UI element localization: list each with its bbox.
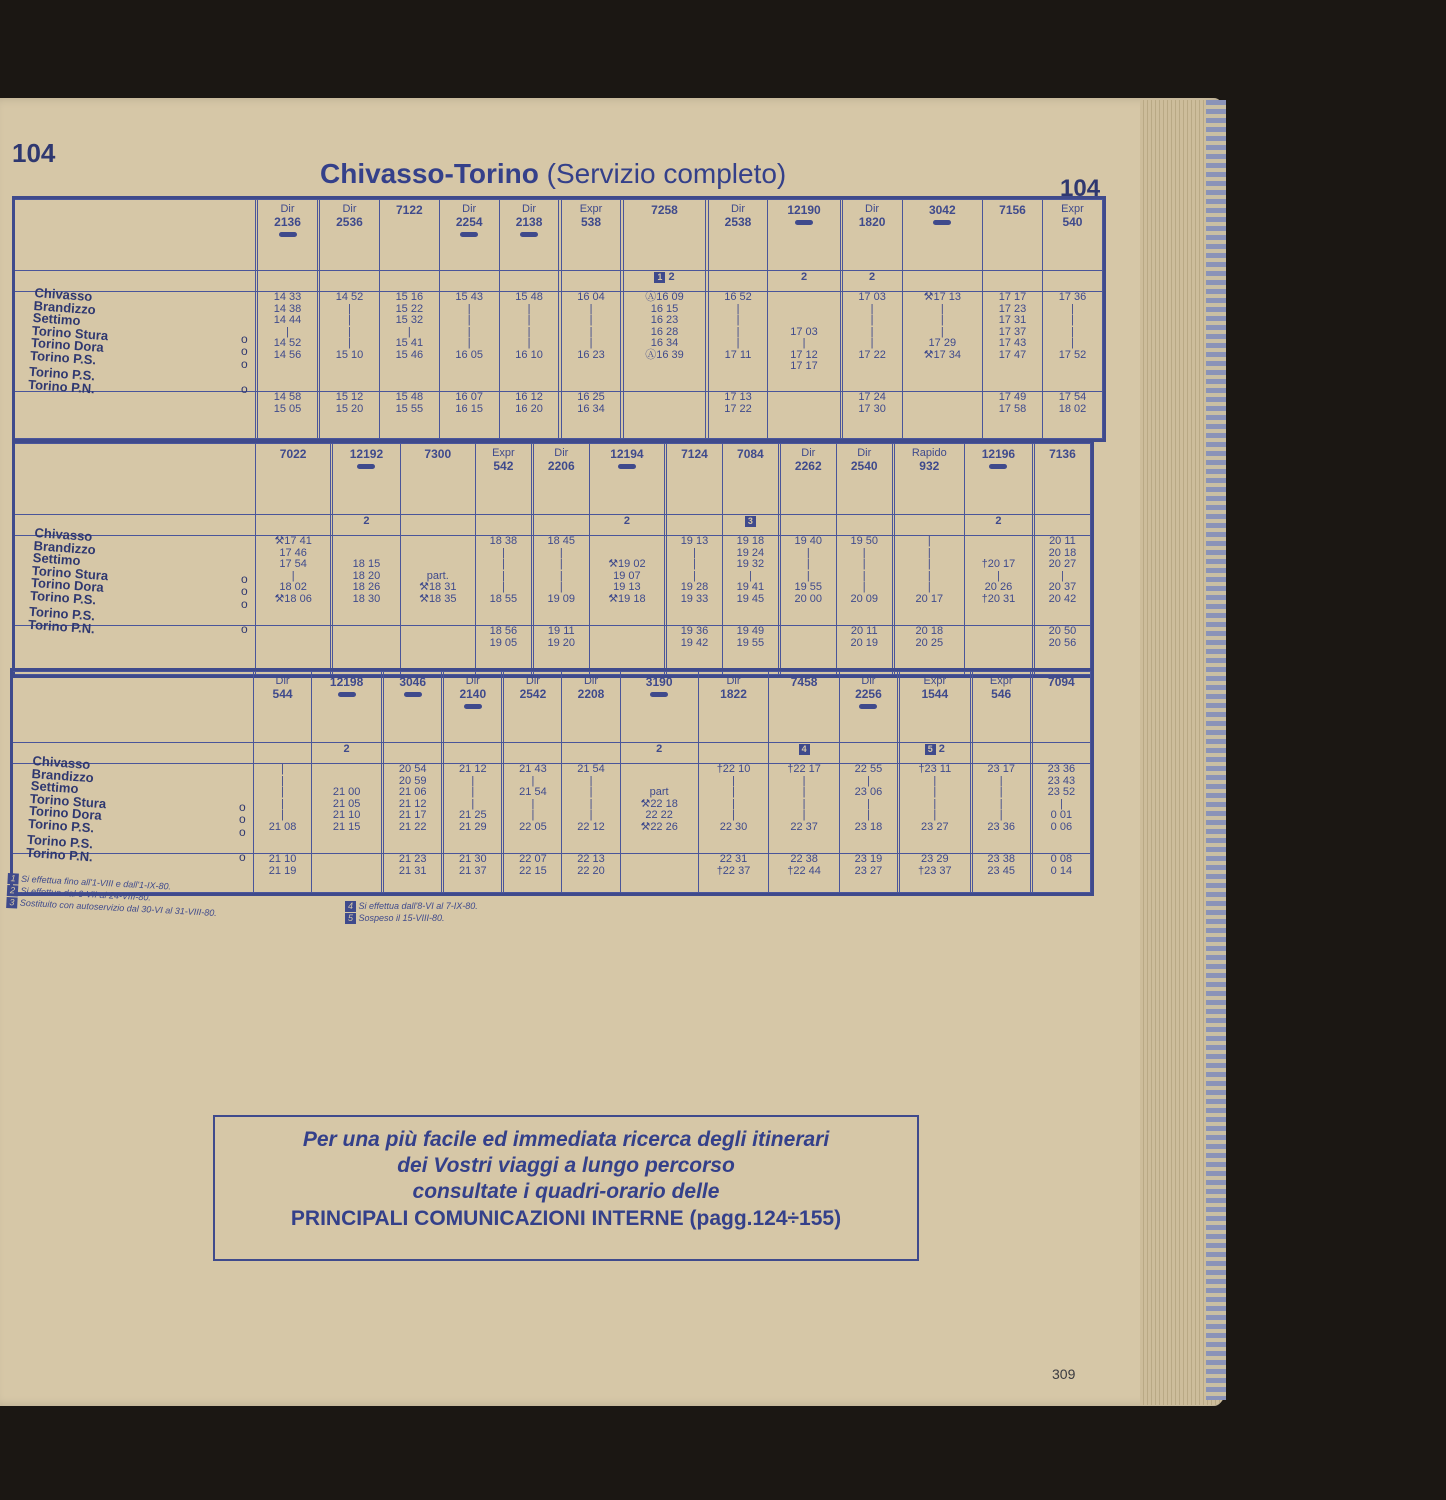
timetable-block-2: 7022121927300Expr542Dir22061219471247084… — [12, 440, 1094, 678]
train-number: 1820 — [843, 215, 902, 229]
arrival-times: 17 13 17 22 — [708, 392, 768, 439]
station-marker — [239, 763, 246, 776]
train-column-header: Expr538 — [561, 200, 621, 271]
train-column-header: 3046 — [384, 672, 442, 743]
train-column-header: Expr542 — [475, 444, 531, 515]
departure-times: 23 17 | | | | 23 36 — [972, 764, 1030, 854]
arrival-times: 21 23 21 31 — [384, 854, 442, 893]
station-label-cell — [15, 392, 256, 439]
arrival-times: 15 12 15 20 — [320, 392, 380, 439]
footnote-marker: 5 — [925, 744, 936, 755]
coach-icon — [618, 464, 636, 469]
train-column-header: Dir2138 — [499, 200, 559, 271]
train-note-cell: 2 — [768, 271, 840, 292]
train-number: 2538 — [709, 215, 768, 229]
train-column-header: Dir2540 — [836, 444, 892, 515]
arrival-times: 23 29 †23 37 — [900, 854, 971, 893]
departure-times: 19 50 | | | | 20 09 — [836, 536, 892, 626]
departure-times: 14 33 14 38 14 44 | 14 52 14 56 — [258, 292, 318, 392]
train-note-cell — [504, 743, 562, 764]
train-note-cell — [839, 743, 897, 764]
train-number: 540 — [1043, 215, 1102, 229]
departure-times: 18 45 | | | | 19 09 — [533, 536, 589, 626]
departure-times: 19 13 | | | 19 28 19 33 — [666, 536, 722, 626]
train-note-cell — [320, 271, 380, 292]
train-number: 2254 — [440, 215, 499, 229]
train-number: 544 — [254, 687, 311, 701]
arrival-times: 22 38 †22 44 — [769, 854, 840, 893]
train-number: 7124 — [667, 447, 722, 461]
train-column-header: 7136 — [1034, 444, 1090, 515]
train-note-cell — [780, 515, 836, 536]
departure-times: ⚒17 13 | | | 17 29 ⚒17 34 — [902, 292, 983, 392]
departure-times: 17 36 | | | | 17 52 — [1042, 292, 1102, 392]
train-number: 7136 — [1035, 447, 1090, 461]
timetable-grid: Dir2136Dir25367122Dir2254Dir2138Expr5387… — [15, 199, 1103, 439]
train-column-header: Dir2262 — [780, 444, 836, 515]
train-note-cell: 5 2 — [900, 743, 971, 764]
train-number: 12198 — [312, 675, 381, 689]
train-number: 1822 — [699, 687, 769, 701]
departure-times: 15 16 15 22 15 32 | 15 41 15 46 — [379, 292, 439, 392]
departure-times: 17 17 17 23 17 31 17 37 17 43 17 47 — [983, 292, 1043, 392]
departure-times: Ⓐ16 09 16 15 16 23 16 28 16 34 Ⓐ16 39 — [623, 292, 706, 392]
train-category: Dir — [781, 447, 836, 459]
train-column-header: 7022 — [256, 444, 331, 515]
train-column-header: 12196 — [964, 444, 1032, 515]
station-marker — [241, 610, 248, 623]
train-category: Dir — [699, 675, 769, 687]
station-markers: ooo o — [239, 763, 246, 863]
station-markers: ooo o — [241, 535, 248, 635]
footnote-marker: 1 — [7, 873, 19, 885]
departure-times: 21 54 | | | | 22 12 — [562, 764, 620, 854]
train-number: 2542 — [504, 687, 561, 701]
train-number: 2136 — [258, 215, 317, 229]
train-number: 3190 — [621, 675, 698, 689]
departure-times: | | | | | 21 08 — [254, 764, 312, 854]
train-note-cell — [379, 271, 439, 292]
page-title: Chivasso-Torino (Servizio completo) — [320, 158, 786, 190]
timetable-block-3: Dir544121983046Dir2140Dir2542Dir22083190… — [10, 668, 1094, 896]
departure-times: 18 15 18 20 18 26 18 30 — [333, 536, 400, 626]
station-marker — [239, 838, 246, 851]
train-note-cell — [444, 743, 502, 764]
timetable-block-1: Dir2136Dir25367122Dir2254Dir2138Expr5387… — [12, 196, 1106, 442]
train-column-header: Dir1820 — [842, 200, 902, 271]
station-marker: o — [239, 813, 246, 826]
departure-times: 17 03 | | | | 17 22 — [842, 292, 902, 392]
promo-line-4: PRINCIPALI COMUNICAZIONI INTERNE (pagg.1… — [215, 1205, 917, 1233]
coach-icon — [357, 464, 375, 469]
train-number: 2206 — [534, 459, 589, 473]
footnote-marker: 3 — [745, 516, 756, 527]
arrivals-row: 14 58 15 0515 12 15 2015 48 15 5516 07 1… — [15, 392, 1103, 439]
arrival-times: 16 12 16 20 — [499, 392, 559, 439]
departure-times: 20 11 20 18 20 27 | 20 37 20 42 — [1034, 536, 1090, 626]
train-column-header: Dir2536 — [320, 200, 380, 271]
promo-line-1: Per una più facile ed immediata ricerca … — [215, 1127, 917, 1153]
train-note-cell — [902, 271, 983, 292]
train-note-cell — [561, 271, 621, 292]
train-category: Expr — [476, 447, 531, 459]
train-note-cell: 2 — [964, 515, 1032, 536]
train-note-cell — [1034, 515, 1090, 536]
train-number: 546 — [973, 687, 1030, 701]
train-note-cell — [894, 515, 964, 536]
train-category: Dir — [440, 203, 499, 215]
train-number: 7122 — [380, 203, 439, 217]
departure-times: 16 04 | | | | 16 23 — [561, 292, 621, 392]
departure-times: 19 18 19 24 19 32 | 19 41 19 45 — [722, 536, 778, 626]
train-category: Expr — [1043, 203, 1102, 215]
footnote-marker: 3 — [6, 897, 18, 909]
notes-row: 1 2 2 2 — [15, 271, 1103, 292]
train-column-header: Dir544 — [254, 672, 312, 743]
promo-line-3: consultate i quadri-orario delle — [215, 1179, 917, 1205]
train-column-header: 12192 — [333, 444, 400, 515]
departures-row: 14 33 14 38 14 44 | 14 52 14 5614 52 | |… — [15, 292, 1103, 392]
departure-times: ⚒17 41 17 46 17 54 | 18 02 ⚒18 06 — [256, 536, 331, 626]
coach-icon — [989, 464, 1007, 469]
train-column-header: Expr540 — [1042, 200, 1102, 271]
train-note-cell — [258, 271, 318, 292]
train-column-header: Dir1822 — [698, 672, 769, 743]
station-markers: ooo o — [241, 295, 248, 395]
coach-icon — [338, 692, 356, 697]
train-note-cell: 2 — [620, 743, 698, 764]
train-category: Dir — [709, 203, 768, 215]
departures-row: | | | | | 21 08 21 00 21 05 21 10 21 152… — [13, 764, 1091, 854]
station-label-cell — [13, 672, 254, 743]
departure-times: 18 38 | | | | 18 55 — [475, 536, 531, 626]
class-label: 2 — [656, 743, 662, 755]
title-subtitle: (Servizio completo) — [547, 158, 787, 189]
train-number: 2140 — [444, 687, 501, 701]
arrival-times: 14 58 15 05 — [258, 392, 318, 439]
arrival-times: 23 19 23 27 — [839, 854, 897, 893]
train-note-cell — [254, 743, 312, 764]
train-category: Dir — [258, 203, 317, 215]
arrival-times: 22 31 †22 37 — [698, 854, 769, 893]
departure-times: 20 54 20 59 21 06 21 12 21 17 21 22 — [384, 764, 442, 854]
train-note-cell — [698, 743, 769, 764]
class-label: 2 — [665, 271, 674, 283]
train-note-cell: 4 — [769, 743, 840, 764]
train-column-header: Dir2140 — [444, 672, 502, 743]
header-row: Dir2136Dir25367122Dir2254Dir2138Expr5387… — [15, 200, 1103, 271]
arrival-times — [312, 854, 382, 893]
timetable-grid: 7022121927300Expr542Dir22061219471247084… — [15, 443, 1091, 675]
coach-icon — [279, 232, 297, 237]
train-column-header: 3042 — [902, 200, 983, 271]
station-marker: o — [241, 345, 248, 358]
coach-icon — [859, 704, 877, 709]
station-list: ChivassoBrandizzoSettimoTorino SturaTori… — [28, 287, 111, 396]
train-number: 7258 — [624, 203, 706, 217]
train-category: Dir — [562, 675, 619, 687]
train-note-cell — [1032, 743, 1090, 764]
footnotes-right: 4 Si effettua dall'8-VI al 7-IX-80. 5 So… — [345, 900, 478, 924]
train-note-cell — [562, 743, 620, 764]
train-number: 2536 — [320, 215, 379, 229]
train-note-cell — [1042, 271, 1102, 292]
train-number: 542 — [476, 459, 531, 473]
arrival-times — [768, 392, 840, 439]
class-label: 2 — [344, 743, 350, 755]
arrival-times: 0 08 0 14 — [1032, 854, 1090, 893]
train-column-header: 7258 — [623, 200, 706, 271]
arrival-times: 21 30 21 37 — [444, 854, 502, 893]
arrival-times — [623, 392, 706, 439]
train-column-header: Expr546 — [972, 672, 1030, 743]
station-marker: o — [241, 585, 248, 598]
departure-times: 19 40 | | | 19 55 20 00 — [780, 536, 836, 626]
station-list: ChivassoBrandizzoSettimoTorino SturaTori… — [28, 527, 111, 636]
train-note-cell — [836, 515, 892, 536]
departure-times: †20 17 | 20 26 †20 31 — [964, 536, 1032, 626]
header-row: Dir544121983046Dir2140Dir2542Dir22083190… — [13, 672, 1091, 743]
arrival-times — [902, 392, 983, 439]
arrival-times: 23 38 23 45 — [972, 854, 1030, 893]
train-number: 7458 — [769, 675, 839, 689]
train-note-cell — [400, 515, 475, 536]
departure-times: †22 10 | | | | 22 30 — [698, 764, 769, 854]
station-label-cell — [15, 200, 256, 271]
train-number: 7022 — [256, 447, 330, 461]
train-category: Dir — [534, 447, 589, 459]
train-note-cell: 2 — [842, 271, 902, 292]
train-column-header: Dir2256 — [839, 672, 897, 743]
footnote-marker: 4 — [345, 901, 356, 912]
departure-times: 15 48 | | | | 16 10 — [499, 292, 559, 392]
train-category: Dir — [840, 675, 897, 687]
arrival-times: 17 54 18 02 — [1042, 392, 1102, 439]
train-number: 3042 — [903, 203, 983, 217]
page-section-number-left: 104 — [12, 138, 55, 169]
train-number: 2540 — [837, 459, 892, 473]
train-note-cell — [256, 515, 331, 536]
train-column-header: 7124 — [666, 444, 722, 515]
train-note-cell — [384, 743, 442, 764]
train-column-header: 7458 — [769, 672, 840, 743]
train-note-cell — [666, 515, 722, 536]
departure-times: 21 00 21 05 21 10 21 15 — [312, 764, 382, 854]
train-number: 7156 — [983, 203, 1042, 217]
station-marker: o — [241, 623, 248, 636]
timetable-grid: Dir544121983046Dir2140Dir2542Dir22083190… — [13, 671, 1091, 893]
train-number: 12194 — [590, 447, 664, 461]
promo-box: Per una più facile ed immediata ricerca … — [213, 1115, 919, 1261]
departure-times: 17 03 | 17 12 17 17 — [768, 292, 840, 392]
departure-times: 22 55 | 23 06 | | 23 18 — [839, 764, 897, 854]
notes-row: 2 245 2 — [13, 743, 1091, 764]
station-marker — [239, 788, 246, 801]
arrival-times: 17 24 17 30 — [842, 392, 902, 439]
train-note-cell: 3 — [722, 515, 778, 536]
train-number: 2138 — [500, 215, 559, 229]
departure-times: | | | | | 20 17 — [894, 536, 964, 626]
train-note-cell — [983, 271, 1043, 292]
coach-icon — [933, 220, 951, 225]
train-column-header: 7300 — [400, 444, 475, 515]
page-folio-number: 309 — [1052, 1366, 1075, 1382]
coach-icon — [520, 232, 538, 237]
train-number: 538 — [562, 215, 621, 229]
train-column-header: Expr1544 — [900, 672, 971, 743]
train-category: Dir — [843, 203, 902, 215]
arrival-times: 16 07 16 15 — [439, 392, 499, 439]
train-category: Dir — [837, 447, 892, 459]
train-number: 1544 — [900, 687, 970, 701]
train-category: Expr — [562, 203, 621, 215]
class-label: 2 — [801, 271, 807, 283]
train-category: Dir — [444, 675, 501, 687]
train-category: Dir — [500, 203, 559, 215]
station-marker — [241, 320, 248, 333]
train-column-header: Dir2136 — [258, 200, 318, 271]
train-number: 12192 — [333, 447, 399, 461]
train-number: 932 — [895, 459, 964, 473]
departure-times: 16 52 | | | | 17 11 — [708, 292, 768, 392]
title-route: Chivasso-Torino — [320, 158, 539, 189]
train-note-cell: 2 — [312, 743, 382, 764]
train-category: Expr — [973, 675, 1030, 687]
train-category: Dir — [504, 675, 561, 687]
coach-icon — [650, 692, 668, 697]
train-column-header: Dir2254 — [439, 200, 499, 271]
departure-times: 21 12 | | | 21 25 21 29 — [444, 764, 502, 854]
station-marker — [241, 370, 248, 383]
station-marker — [241, 560, 248, 573]
train-column-header: 7156 — [983, 200, 1043, 271]
arrival-times — [620, 854, 698, 893]
arrival-times: 17 49 17 58 — [983, 392, 1043, 439]
train-number: 7094 — [1033, 675, 1090, 689]
class-label: 2 — [624, 515, 630, 527]
train-number: 3046 — [384, 675, 441, 689]
arrival-times: 21 10 21 19 — [254, 854, 312, 893]
train-number: 7084 — [723, 447, 778, 461]
train-category: Dir — [254, 675, 311, 687]
station-marker: o — [241, 383, 248, 396]
page-side-tabs — [1206, 100, 1226, 1400]
train-category: Dir — [320, 203, 379, 215]
train-column-header: 3190 — [620, 672, 698, 743]
coach-icon — [460, 232, 478, 237]
departure-times: †23 11 | | | | 23 27 — [900, 764, 971, 854]
footnote-marker: 1 — [654, 272, 665, 283]
class-label: 2 — [363, 515, 369, 527]
train-column-header: 7122 — [379, 200, 439, 271]
arrival-times: 22 07 22 15 — [504, 854, 562, 893]
train-note-cell: 2 — [333, 515, 400, 536]
train-note-cell — [972, 743, 1030, 764]
train-number: 12190 — [768, 203, 839, 217]
footnote-marker: 2 — [7, 885, 19, 897]
promo-line-2: dei Vostri viaggi a lungo percorso — [215, 1153, 917, 1179]
notes-row: 2 23 2 — [15, 515, 1091, 536]
departure-times: 15 43 | | | | 16 05 — [439, 292, 499, 392]
station-marker — [241, 295, 248, 308]
station-list: ChivassoBrandizzoSettimoTorino SturaTori… — [26, 755, 109, 864]
departure-times: part ⚒22 18 22 22 ⚒22 26 — [620, 764, 698, 854]
departure-times: 23 36 23 43 23 52 | 0 01 0 06 — [1032, 764, 1090, 854]
train-column-header: 12194 — [589, 444, 664, 515]
train-number: 2262 — [781, 459, 836, 473]
train-column-header: 7084 — [722, 444, 778, 515]
train-column-header: Dir2542 — [504, 672, 562, 743]
train-column-header: Dir2538 — [708, 200, 768, 271]
coach-icon — [404, 692, 422, 697]
train-column-header: Dir2208 — [562, 672, 620, 743]
train-number: 2256 — [840, 687, 897, 701]
class-label: 2 — [869, 271, 875, 283]
header-row: 7022121927300Expr542Dir22061219471247084… — [15, 444, 1091, 515]
train-note-cell — [708, 271, 768, 292]
arrival-times: 16 25 16 34 — [561, 392, 621, 439]
coach-icon — [464, 704, 482, 709]
footnote-marker: 5 — [345, 913, 356, 924]
departure-times: part. ⚒18 31 ⚒18 35 — [400, 536, 475, 626]
train-number: 7300 — [401, 447, 475, 461]
footnote: 5 Sospeso il 15-VIII-80. — [345, 912, 478, 924]
station-marker — [241, 535, 248, 548]
station-label-cell — [15, 444, 256, 515]
train-number: 2208 — [562, 687, 619, 701]
train-column-header: Dir2206 — [533, 444, 589, 515]
class-label: 2 — [995, 515, 1001, 527]
train-note-cell — [533, 515, 589, 536]
departure-times: 21 43 | 21 54 | | 22 05 — [504, 764, 562, 854]
train-category: Rapido — [895, 447, 964, 459]
class-label: 2 — [936, 743, 945, 755]
station-marker: o — [239, 851, 246, 864]
train-note-cell — [439, 271, 499, 292]
train-column-header: 12190 — [768, 200, 840, 271]
train-note-cell: 2 — [589, 515, 664, 536]
coach-icon — [795, 220, 813, 225]
train-note-cell — [499, 271, 559, 292]
departure-times: ⚒19 02 19 07 19 13 ⚒19 18 — [589, 536, 664, 626]
train-column-header: Rapido932 — [894, 444, 964, 515]
train-note-cell — [475, 515, 531, 536]
departure-times: †22 17 | | | | 22 37 — [769, 764, 840, 854]
footnote-marker: 4 — [799, 744, 810, 755]
train-category: Expr — [900, 675, 970, 687]
departures-row: ⚒17 41 17 46 17 54 | 18 02 ⚒18 06 18 15 … — [15, 536, 1091, 626]
arrival-times: 22 13 22 20 — [562, 854, 620, 893]
arrival-times: 15 48 15 55 — [379, 392, 439, 439]
footnote: 4 Si effettua dall'8-VI al 7-IX-80. — [345, 900, 478, 912]
train-column-header: 7094 — [1032, 672, 1090, 743]
train-note-cell: 1 2 — [623, 271, 706, 292]
train-column-header: 12198 — [312, 672, 382, 743]
departure-times: 14 52 | | | | 15 10 — [320, 292, 380, 392]
train-number: 12196 — [965, 447, 1032, 461]
